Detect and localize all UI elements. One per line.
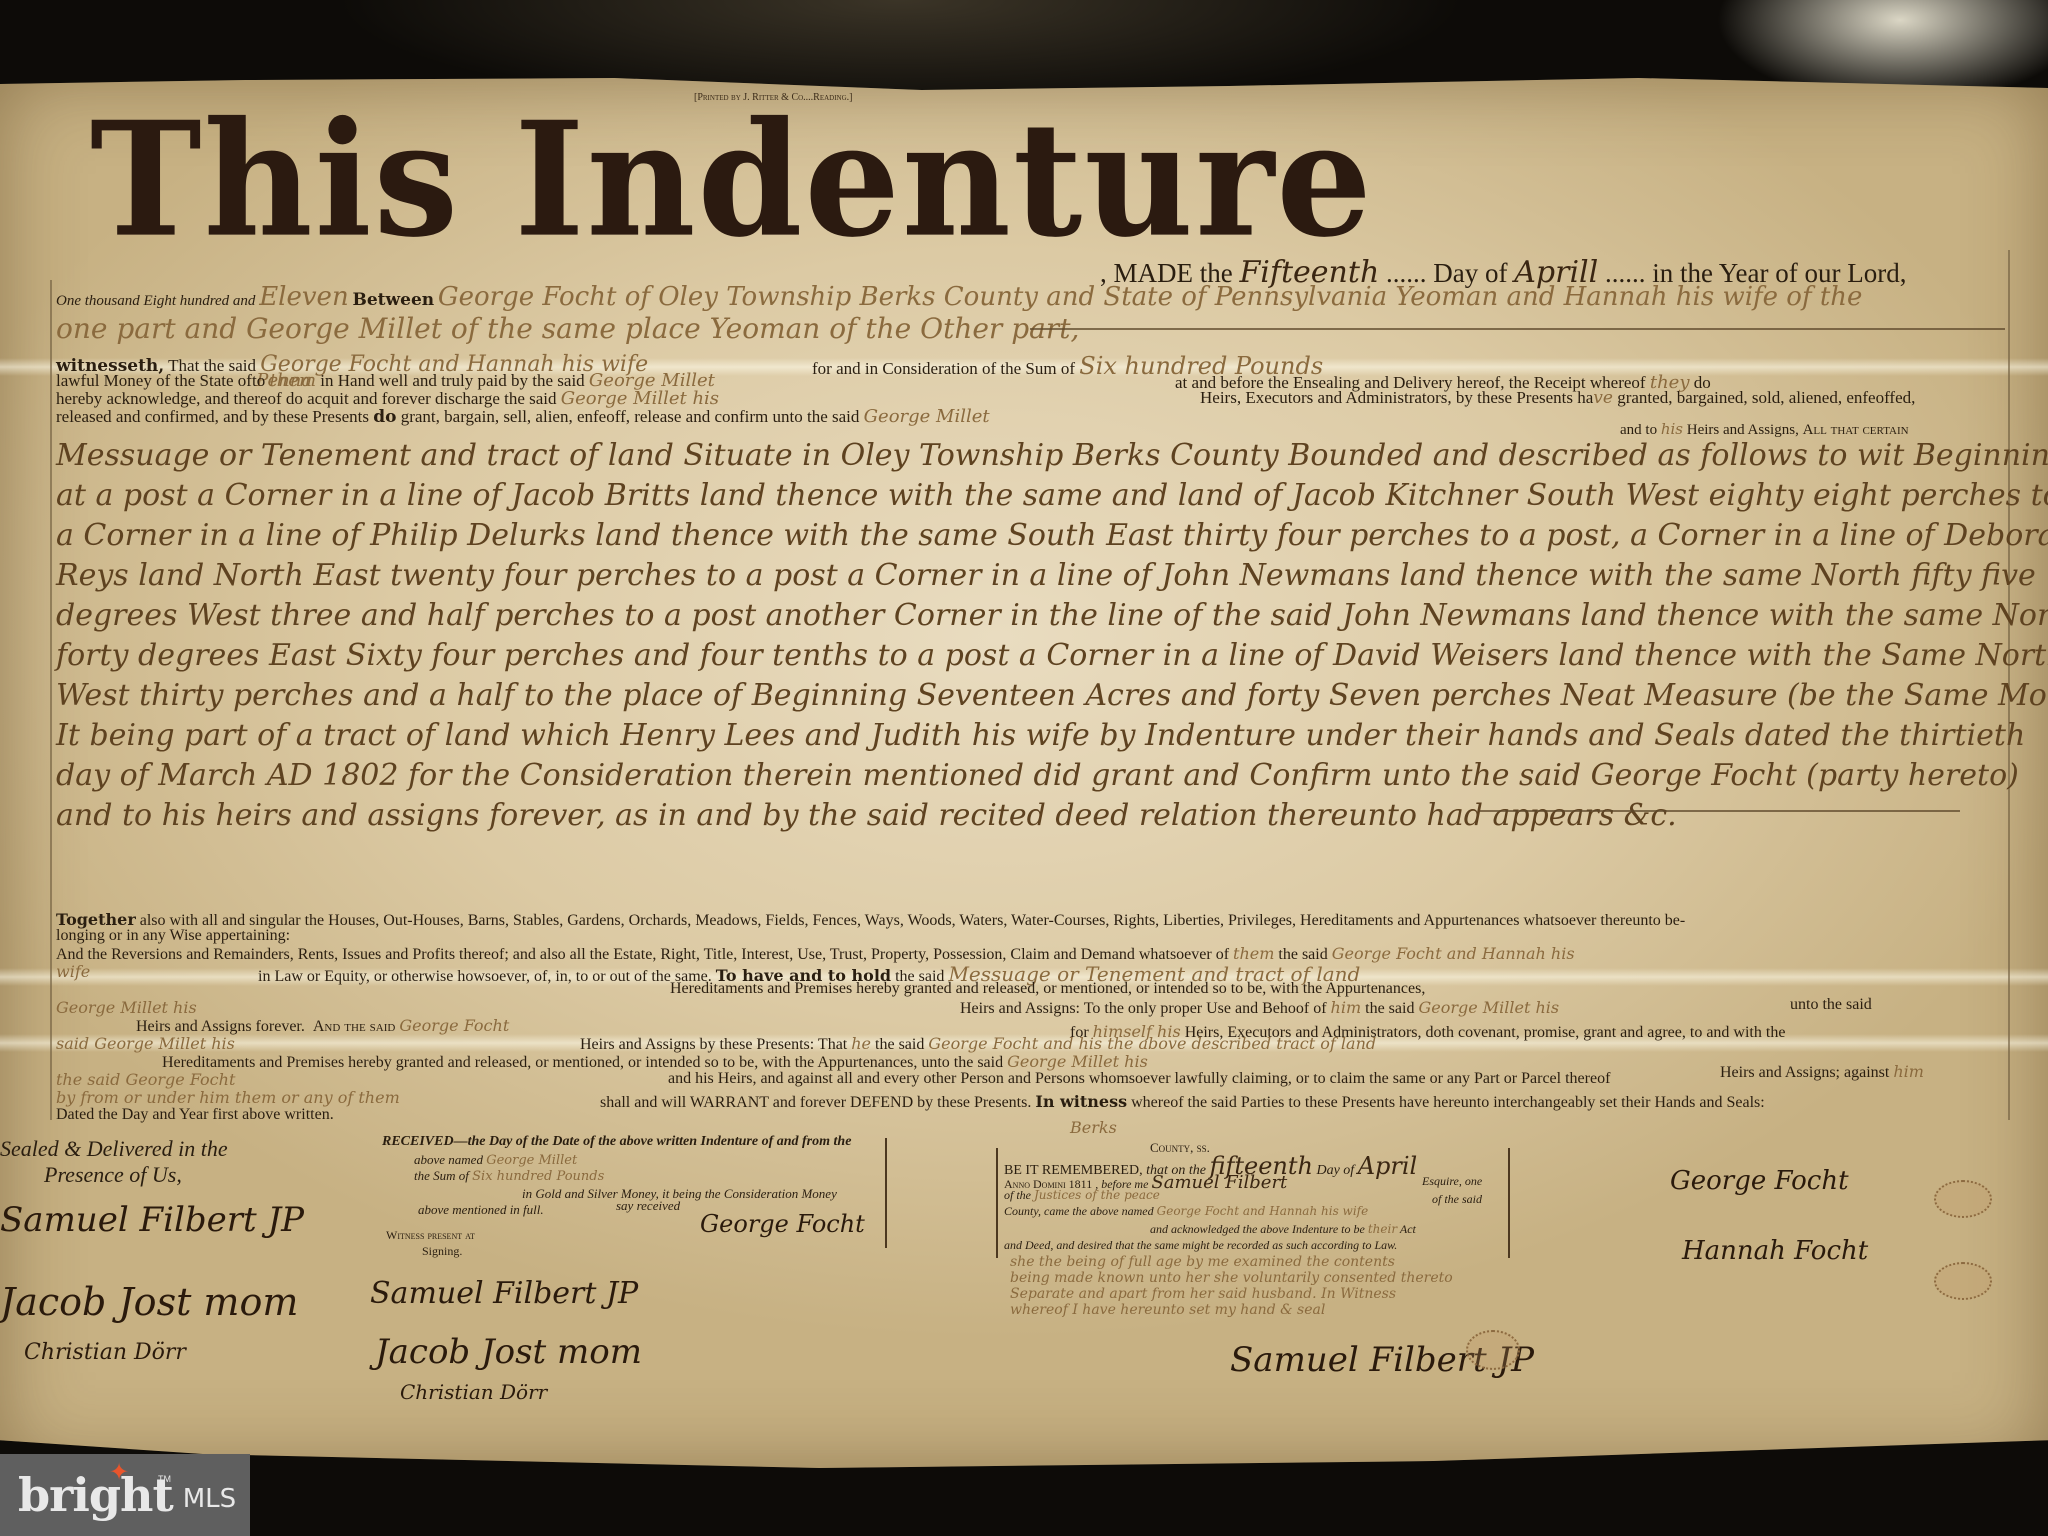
together-line-1: Together also with all and singular the … [56, 910, 1685, 930]
description-line: a Corner in a line of Philip Delurks lan… [56, 518, 2048, 553]
description-line: Messuage or Tenement and tract of land S… [56, 438, 2048, 473]
blank-rule [1480, 810, 1960, 812]
parties-line-2: one part and George Millet of the same p… [56, 312, 1079, 345]
description-line: It being part of a tract of land which H… [56, 718, 2025, 753]
document-title: This Indenture [90, 88, 1374, 273]
witness-signature: Christian Dörr [24, 1340, 186, 1365]
description-line: forty degrees East Sixty four perches an… [56, 638, 2048, 673]
description-line: Reys land North East twenty four perches… [56, 558, 2036, 593]
left-border-rule [50, 280, 52, 1120]
receipt-signature: George Focht [700, 1210, 865, 1238]
year-line: One thousand Eight hundred and Eleven Be… [56, 282, 1862, 312]
bright-logo-text: bright [18, 1468, 173, 1522]
receipt-witness-signature: Jacob Jost mom [375, 1332, 642, 1372]
dated-line: Dated the Day and Year first above writt… [56, 1106, 334, 1124]
wax-seal-icon [1934, 1262, 1992, 1300]
description-line: at a post a Corner in a line of Jacob Br… [56, 478, 2048, 513]
ack-note-line: she the being of full age by me examined… [1010, 1254, 1395, 1270]
description-line: degrees West three and half perches to a… [56, 598, 2048, 633]
witness-signature: Samuel Filbert JP [0, 1200, 304, 1240]
description-line: day of March AD 1802 for the Considerati… [56, 758, 2019, 793]
bright-mls-watermark: bright ✦ TM MLS [0, 1454, 250, 1536]
ack-note-line: Separate and apart from her said husband… [1010, 1286, 1396, 1302]
star-icon: ✦ [109, 1458, 129, 1487]
wax-seal-icon [1466, 1330, 1520, 1370]
mls-logo-text: MLS [183, 1484, 236, 1514]
sealed-heading-1: Sealed & Delivered in the [0, 1136, 228, 1162]
grantor-signature: Hannah Focht [1682, 1236, 1868, 1266]
ack-note-line: whereof I have hereunto set my hand & se… [1010, 1302, 1325, 1318]
witness-signature: Jacob Jost mom [0, 1280, 298, 1324]
wax-seal-icon [1934, 1180, 1992, 1218]
ack-note-line: being made known unto her she voluntaril… [1010, 1270, 1453, 1286]
receipt-witness-signature: Samuel Filbert JP [370, 1276, 638, 1311]
sealed-heading-2: Presence of Us, [44, 1162, 182, 1188]
grantor-signature: George Focht [1670, 1166, 1849, 1196]
description-line: and to his heirs and assigns forever, as… [56, 798, 1677, 833]
description-line: West thirty perches and a half to the pl… [56, 678, 2048, 713]
receipt-witness-signature: Christian Dörr [400, 1380, 547, 1404]
blank-rule [1030, 328, 2005, 330]
